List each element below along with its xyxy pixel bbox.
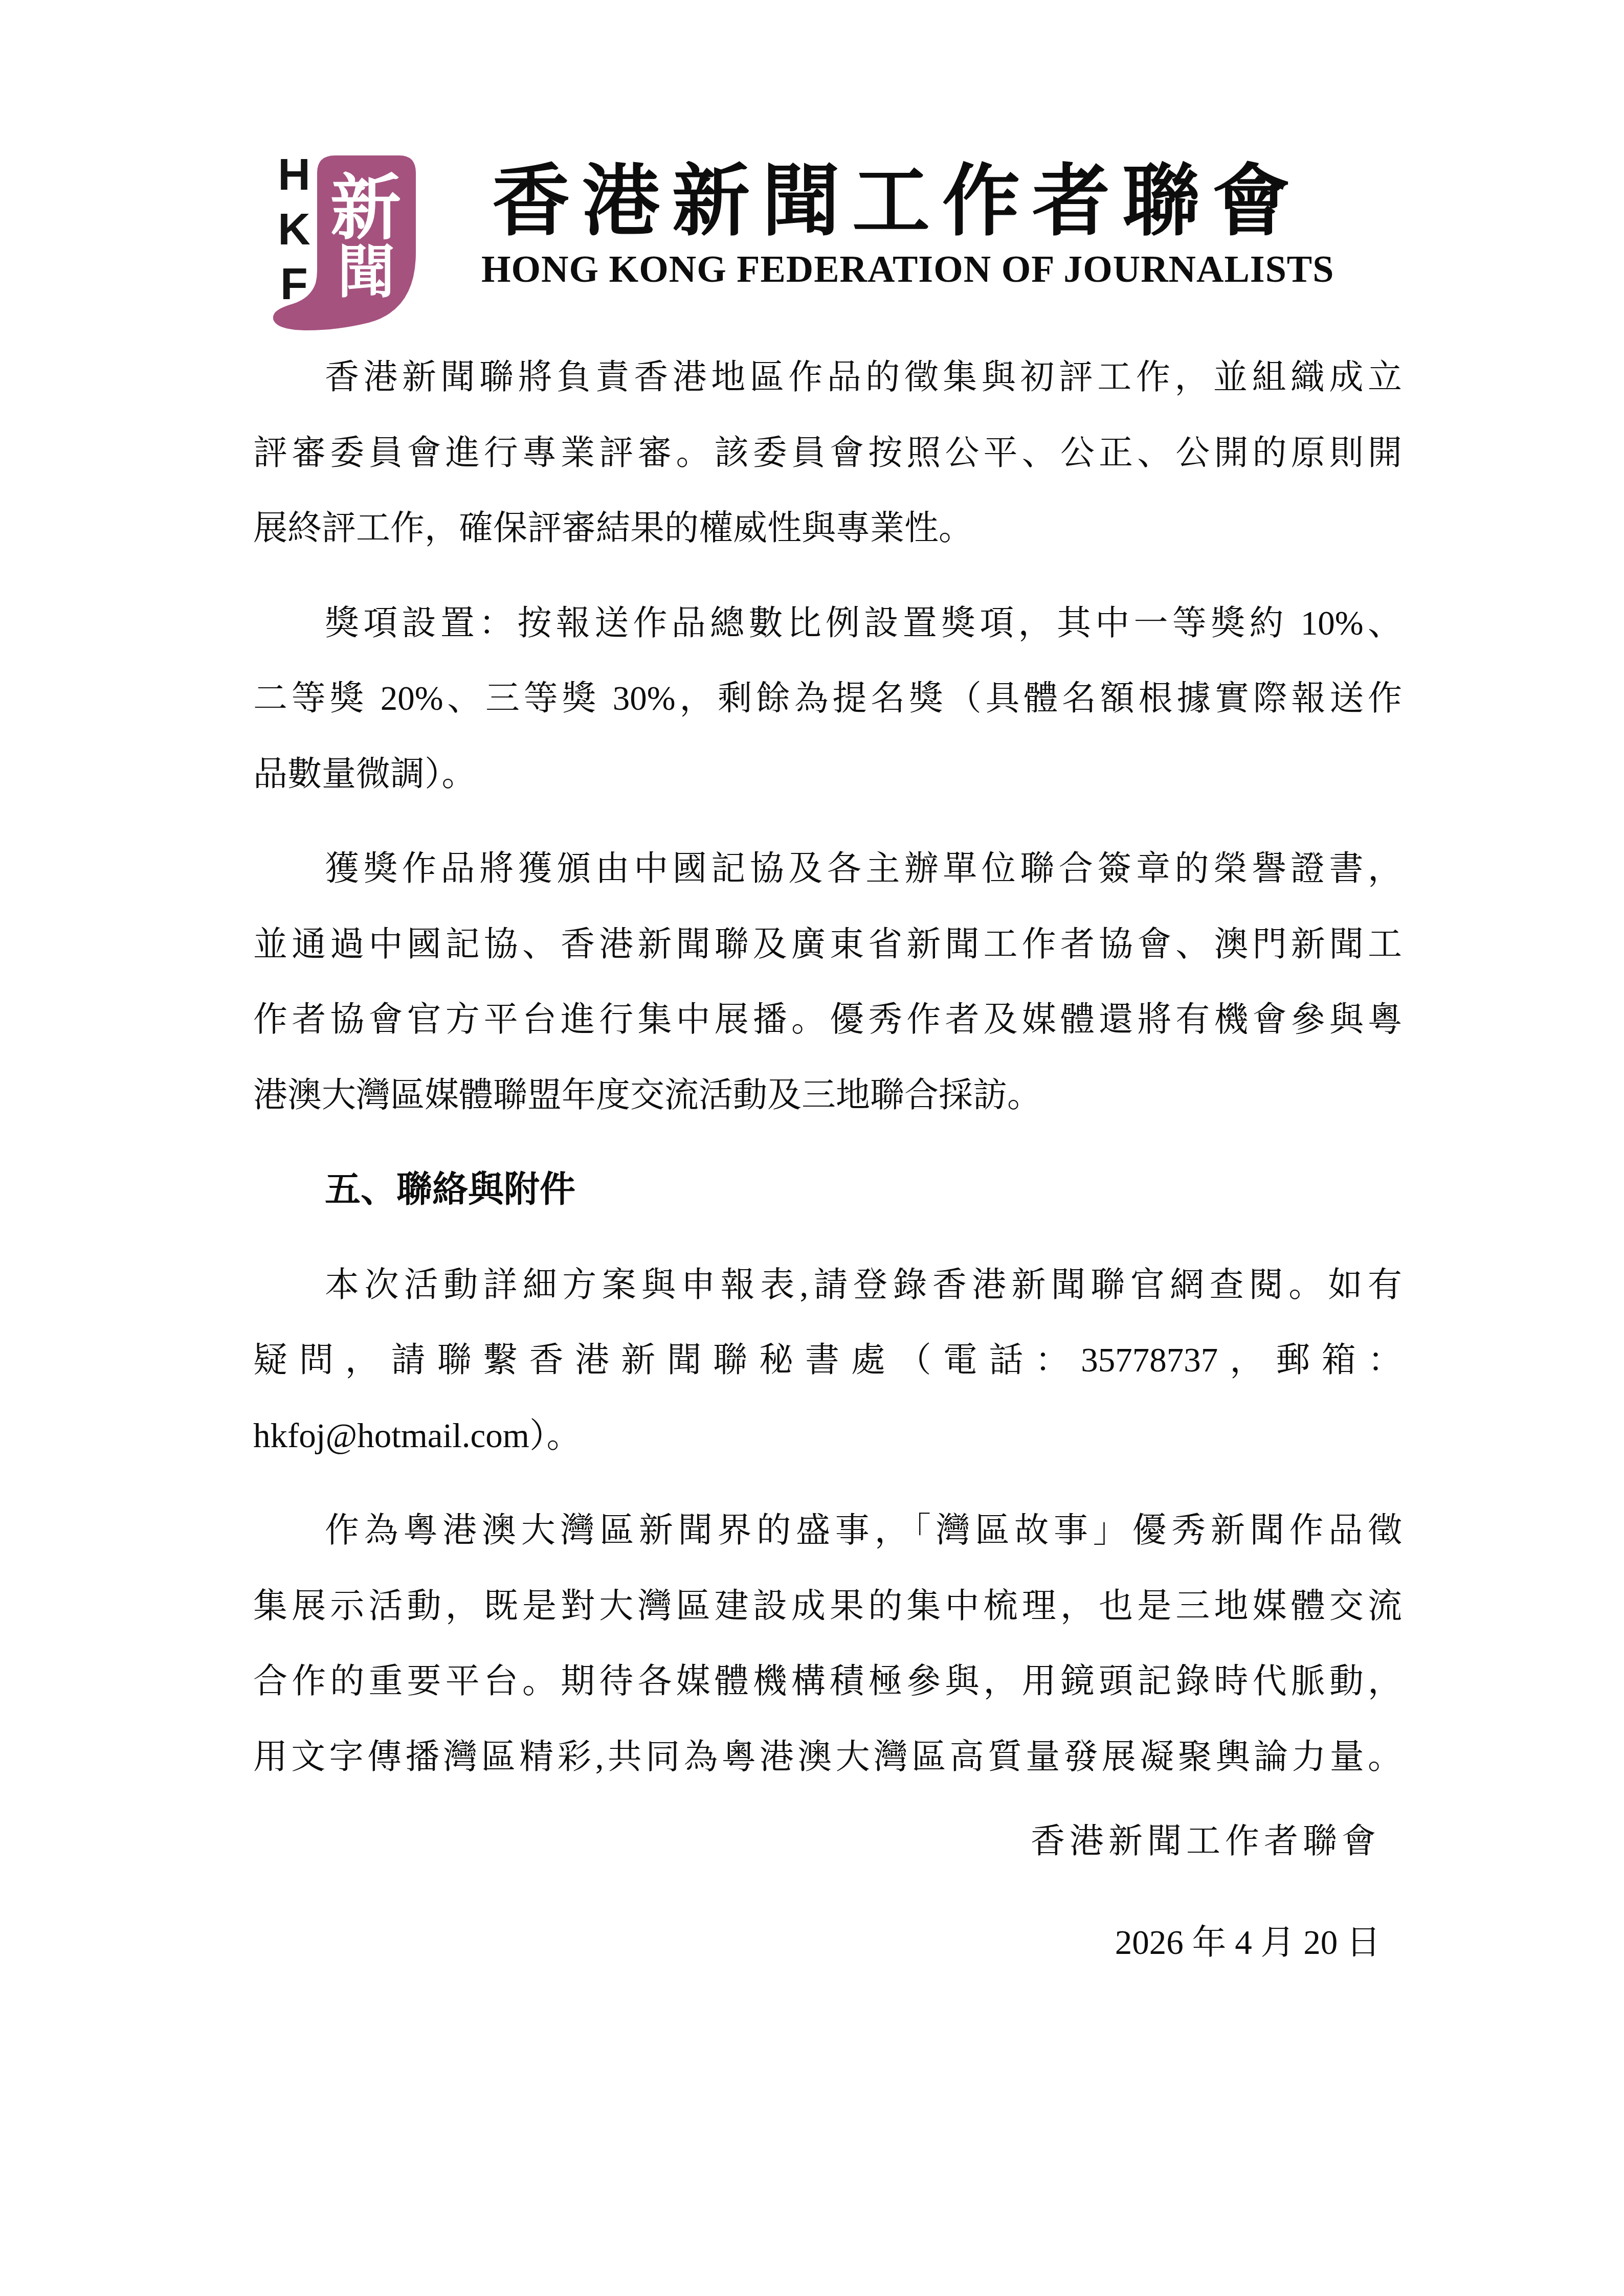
paragraph-5: 作為粵港澳大灣區新聞界的盛事，「灣區故事」優秀新聞作品徵集展示活動，既是對大灣區…: [253, 1493, 1402, 1795]
logo-char-wen: 聞: [338, 241, 395, 305]
paragraph-3-line: 港澳大灣區媒體聯盟年度交流活動及三地聯合採訪。: [253, 1058, 1402, 1134]
paragraph-2-line: 品數量微調）。: [253, 737, 1402, 813]
logo-letter-h: H: [278, 150, 310, 199]
section-heading-line: 五、聯絡與附件: [253, 1153, 1402, 1228]
paragraph-2: 獎項設置：按報送作品總數比例設置獎項，其中一等獎約 10%、二等獎 20%、三等…: [253, 586, 1402, 813]
paragraph-1: 香港新聞聯將負責香港地區作品的徵集與初評工作，並組織成立評審委員會進行專業評審。…: [253, 340, 1402, 567]
signature: 香港新聞工作者聯會: [253, 1804, 1402, 1880]
paragraph-2-line: 二等獎 20%、三等獎 30%，剩餘為提名獎（具體名額根據實際報送作: [253, 661, 1402, 737]
paragraph-1-line: 香港新聞聯將負責香港地區作品的徵集與初評工作，並組織成立: [253, 340, 1402, 416]
paragraph-3: 獲獎作品將獲頒由中國記協及各主辦單位聯合簽章的榮譽證書，並通過中國記協、香港新聞…: [253, 831, 1402, 1133]
paragraph-3-line: 獲獎作品將獲頒由中國記協及各主辦單位聯合簽章的榮譽證書，: [253, 831, 1402, 907]
logo-char-xin: 新: [330, 169, 401, 247]
date-line-line: 2026 年 4 月 20 日: [253, 1905, 1402, 1981]
paragraph-1-line: 評審委員會進行專業評審。該委員會按照公平、公正、公開的原則開: [253, 416, 1402, 491]
letter-body: 香港新聞聯將負責香港地區作品的徵集與初評工作，並組織成立評審委員會進行專業評審。…: [253, 340, 1402, 1980]
paragraph-1-line: 展終評工作，確保評審結果的權威性與專業性。: [253, 491, 1402, 567]
paragraph-4-line: 疑問，請聯繫香港新聞聯秘書處（電話：35778737，郵箱：: [253, 1323, 1402, 1399]
org-logo: H K F 新 聞: [269, 150, 417, 332]
paragraph-5-line: 合作的重要平台。期待各媒體機構積極參與，用鏡頭記錄時代脈動，: [253, 1644, 1402, 1720]
paragraph-5-line: 用文字傳播灣區精彩,共同為粵港澳大灣區高質量發展凝聚輿論力量。: [253, 1720, 1402, 1795]
logo-xinwen-characters: 新 聞: [330, 169, 401, 305]
document-page: H K F 新 聞 香港新聞工作者聯會 HONG KONG FEDERATION…: [0, 0, 1624, 2296]
org-title-chinese: 香港新聞工作者聯會: [492, 153, 1321, 251]
section-heading: 五、聯絡與附件: [253, 1153, 1402, 1228]
paragraph-4-line: hkfoj@hotmail.com）。: [253, 1399, 1402, 1474]
paragraph-2-line: 獎項設置：按報送作品總數比例設置獎項，其中一等獎約 10%、: [253, 586, 1402, 662]
paragraph-4: 本次活動詳細方案與申報表,請登錄香港新聞聯官網查閱。如有疑問，請聯繫香港新聞聯秘…: [253, 1248, 1402, 1474]
paragraph-3-line: 作者協會官方平台進行集中展播。優秀作者及媒體還將有機會參與粵: [253, 982, 1402, 1058]
paragraph-4-line: 本次活動詳細方案與申報表,請登錄香港新聞聯官網查閱。如有: [253, 1248, 1402, 1323]
paragraph-5-line: 集展示活動，既是對大灣區建設成果的集中梳理，也是三地媒體交流: [253, 1569, 1402, 1645]
paragraph-3-line: 並通過中國記協、香港新聞聯及廣東省新聞工作者協會、澳門新聞工: [253, 907, 1402, 983]
logo-letter-k: K: [278, 204, 310, 254]
org-title-english: HONG KONG FEDERATION OF JOURNALISTS: [481, 246, 1351, 292]
hkf-letters: H K F: [278, 150, 310, 309]
signature-line: 香港新聞工作者聯會: [253, 1804, 1402, 1880]
date-line: 2026 年 4 月 20 日: [253, 1905, 1402, 1981]
paragraph-5-line: 作為粵港澳大灣區新聞界的盛事，「灣區故事」優秀新聞作品徵: [253, 1493, 1402, 1569]
